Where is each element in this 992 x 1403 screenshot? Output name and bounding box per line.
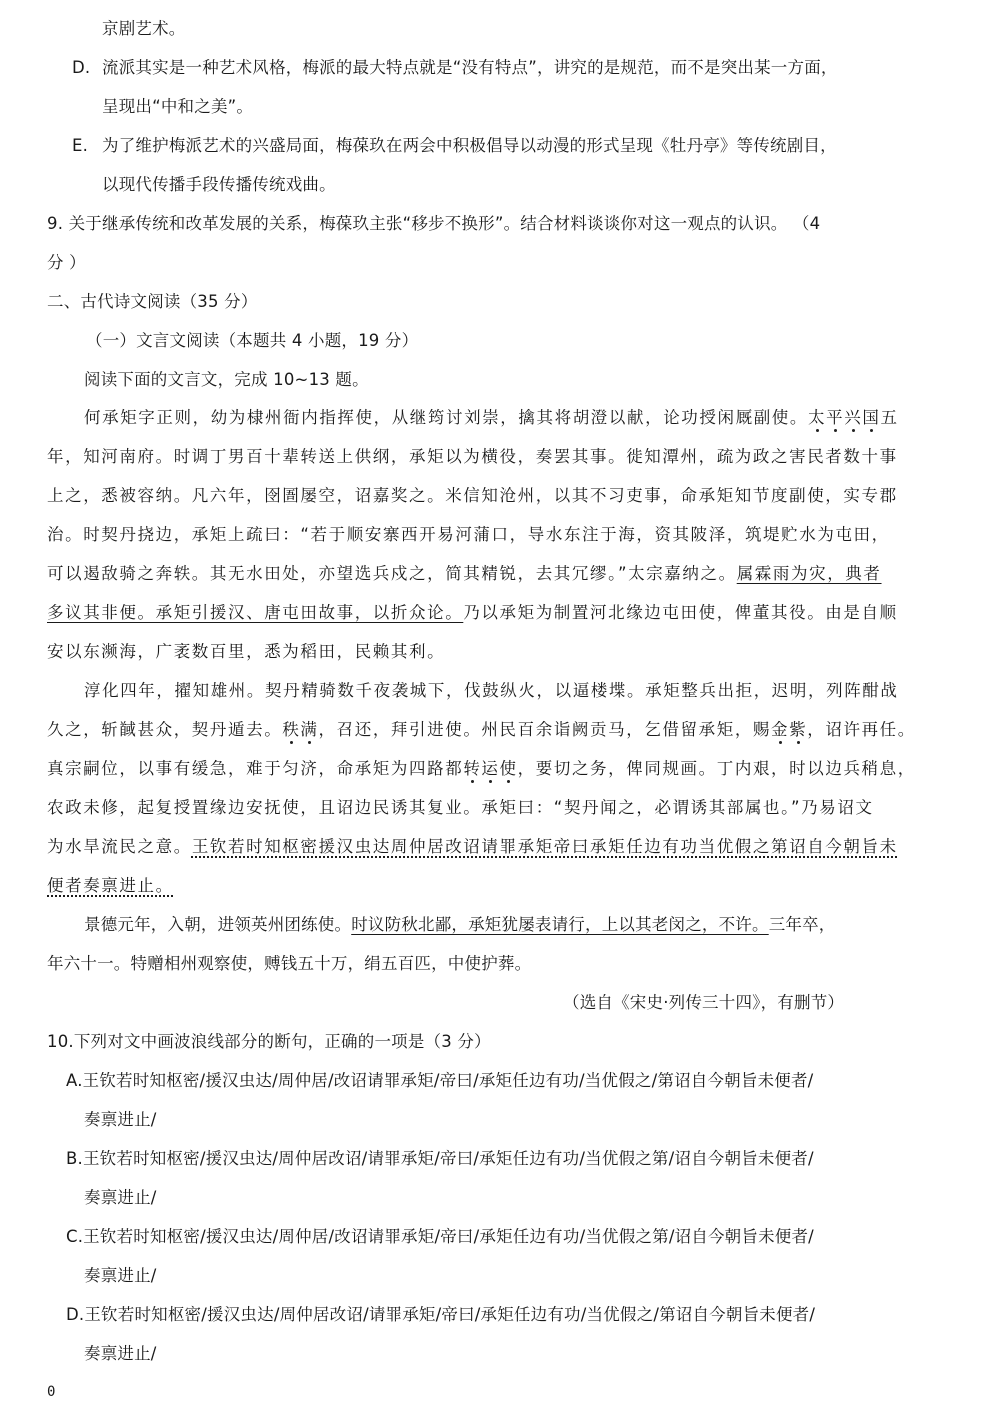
underlined-sentence: 时议防秋北鄙，承矩犹屡表请行，上以其老闵之，不许。 bbox=[351, 915, 769, 934]
option-c: C.王钦若时知枢密/援汉虫达/周仲居/改诏请罪承矩/帝曰/承矩任边有功/当优假之… bbox=[66, 1226, 814, 1248]
text: ，要切之务，俾同规画。丁内艰，时以边兵稍息， bbox=[518, 759, 916, 778]
question-10: 10.下列对文中画波浪线部分的断句，正确的一项是（3 分） bbox=[47, 1031, 491, 1053]
option-b: B.王钦若时知枢密/援汉虫达/周仲居改诏/请罪承矩/帝曰/承矩任边有功/当优假之… bbox=[66, 1148, 814, 1170]
option-d: D.流派其实是一种艺术风格，梅派的最大特点就是“没有特点”，讲究的是规范，而不是… bbox=[72, 57, 838, 79]
option-e: E.为了维护梅派艺术的兴盛局面，梅葆玖在两会中积极倡导以动漫的形式呈现《牡丹亭》… bbox=[72, 135, 837, 157]
passage-p1-line5: 可以遏敌骑之奔轶。其无水田处，亦望选兵戍之，简其精锐，去其冗缪。”太宗嘉纳之。属… bbox=[47, 563, 882, 585]
text: 景德元年，入朝，进领英州团练使。 bbox=[84, 915, 351, 934]
text: ，召还，拜引进使。州民百余诣阙贡马，乞借留承矩，赐 bbox=[319, 720, 772, 739]
option-text: 王钦若时知枢密/援汉虫达/周仲居/改诏请罪承矩/帝曰/承矩任边有功/当优假之第/… bbox=[83, 1227, 814, 1246]
option-text: 王钦若时知枢密/援汉虫达/周仲居改诏/请罪承矩/帝曰/承矩任边有功/当优假之第/… bbox=[83, 1149, 814, 1168]
passage-p2-line6: 便者奏禀进止。 bbox=[47, 875, 174, 897]
instruction: 阅读下面的文言文，完成 10~13 题。 bbox=[84, 369, 369, 391]
option-label: E. bbox=[72, 135, 102, 157]
text: 为水旱流民之意。 bbox=[47, 837, 192, 856]
passage-p1-line3: 上之，悉被容纳。凡六年，囹圄屡空，诏嘉奖之。米信知沧州，以其不习吏事，命承矩知节… bbox=[47, 485, 898, 507]
passage-p1-line7: 安以东濒海，广袤数百里，悉为稻田，民赖其利。 bbox=[47, 641, 445, 663]
option-label: C. bbox=[66, 1227, 83, 1246]
option-label: D. bbox=[66, 1305, 84, 1324]
text: 乃以承矩为制置河北缘边屯田使，俾董其役。由是自顺 bbox=[463, 603, 897, 622]
text: 三年卒， bbox=[769, 915, 836, 934]
option-text: 流派其实是一种艺术风格，梅派的最大特点就是“没有特点”，讲究的是规范，而不是突出… bbox=[102, 58, 838, 77]
passage-p2-line5: 为水旱流民之意。王钦若时知枢密援汉虫达周仲居改诏请罪承矩帝曰承矩任边有功当优假之… bbox=[47, 836, 898, 858]
text: 可以遏敌骑之奔轶。其无水田处，亦望选兵戍之，简其精锐，去其冗缪。”太宗嘉纳之。 bbox=[47, 564, 737, 583]
dotted-char: 平 bbox=[826, 408, 844, 427]
question-9: 9. 关于继承传统和改革发展的关系，梅葆玖主张“移步不换形”。结合材料谈谈你对这… bbox=[47, 213, 820, 235]
text: ，诏许再任。 bbox=[807, 720, 916, 739]
option-c-cont: 奏禀进止/ bbox=[84, 1265, 157, 1287]
option-text: 王钦若时知枢密/援汉虫达/周仲居/改诏请罪承矩/帝曰/承矩任边有功/当优假之/第… bbox=[83, 1071, 814, 1090]
passage-p3-line1: 景德元年，入朝，进领英州团练使。时议防秋北鄙，承矩犹屡表请行，上以其老闵之，不许… bbox=[84, 914, 836, 936]
option-a-cont: 奏禀进止/ bbox=[84, 1109, 157, 1131]
option-d-q10: D.王钦若时知枢密/援汉虫达/周仲居改诏/请罪承矩/帝曰/承矩任边有功/当优假之… bbox=[66, 1304, 815, 1326]
dotted-char: 运 bbox=[481, 759, 499, 778]
dotted-char: 兴 bbox=[844, 408, 862, 427]
option-text: 王钦若时知枢密/援汉虫达/周仲居改诏/请罪承矩/帝曰/承矩任边有功/当优假之/第… bbox=[84, 1305, 815, 1324]
dotted-char: 使 bbox=[500, 759, 518, 778]
dotted-char: 紫 bbox=[789, 720, 807, 739]
dotted-char: 金 bbox=[771, 720, 789, 739]
page-number: 0 bbox=[47, 1384, 55, 1400]
underlined-sentence: 属霖雨为灾，典者 bbox=[737, 564, 882, 583]
dotted-char: 太 bbox=[808, 408, 826, 427]
option-a: A.王钦若时知枢密/援汉虫达/周仲居/改诏请罪承矩/帝曰/承矩任边有功/当优假之… bbox=[66, 1070, 813, 1092]
option-e-cont: 以现代传播手段传播传统戏曲。 bbox=[102, 174, 336, 196]
option-label: A. bbox=[66, 1071, 83, 1090]
passage-p2-line1: 淳化四年，擢知雄州。契丹精骑数千夜袭城下，伐鼓纵火，以逼楼堞。承矩整兵出拒，迟明… bbox=[84, 680, 899, 702]
question-9-cont: 分 ） bbox=[47, 252, 86, 274]
section-title: 二、古代诗文阅读（35 分） bbox=[47, 291, 258, 313]
option-label: B. bbox=[66, 1149, 83, 1168]
passage-p1-line1: 何承矩字正则，幼为棣州衙内指挥使，从继筠讨刘崇，擒其将胡澄以献，论功授闲厩副使。… bbox=[84, 407, 899, 429]
passage-p2-line4: 农政未修，起复授置缘边安抚使，且诏边民诱其复业。承矩曰：“契丹闻之，必谓诱其部属… bbox=[47, 797, 874, 819]
text: 真宗嗣位，以事有缓急，难于匀济，命承矩为四路都 bbox=[47, 759, 463, 778]
dotted-char: 国 bbox=[862, 408, 880, 427]
passage-p2-line3: 真宗嗣位，以事有缓急，难于匀济，命承矩为四路都转运使，要切之务，俾同规画。丁内艰… bbox=[47, 758, 916, 780]
option-text: 为了维护梅派艺术的兴盛局面，梅葆玖在两会中积极倡导以动漫的形式呈现《牡丹亭》等传… bbox=[102, 136, 837, 155]
passage-p3-line2: 年六十一。特赠相州观察使，赙钱五十万，绢五百匹，中使护葬。 bbox=[47, 953, 531, 975]
wavy-underlined-sentence: 便者奏禀进止。 bbox=[47, 876, 174, 895]
text: 久之，斩馘甚众，契丹遁去。 bbox=[47, 720, 282, 739]
option-d-cont: 呈现出“中和之美”。 bbox=[102, 96, 253, 118]
option-b-cont: 奏禀进止/ bbox=[84, 1187, 157, 1209]
passage-p2-line2: 久之，斩馘甚众，契丹遁去。秩满，召还，拜引进使。州民百余诣阙贡马，乞借留承矩，赐… bbox=[47, 719, 916, 741]
passage-source: （选自《宋史·列传三十四》，有删节） bbox=[563, 992, 844, 1014]
dotted-char: 满 bbox=[300, 720, 318, 739]
dotted-char: 秩 bbox=[282, 720, 300, 739]
text: 五 bbox=[880, 408, 898, 427]
option-d-q10-cont: 奏禀进止/ bbox=[84, 1343, 157, 1365]
passage-p1-line6: 多议其非便。承矩引援汉、唐屯田故事，以折众论。乃以承矩为制置河北缘边屯田使，俾董… bbox=[47, 602, 898, 624]
wavy-underlined-sentence: 王钦若时知枢密援汉虫达周仲居改诏请罪承矩帝曰承矩任边有功当优假之第诏自今朝旨未 bbox=[192, 837, 898, 856]
passage-p1-line4: 治。时契丹挠边，承矩上疏曰：“若于顺安寨西开易河蒲口，导水东注于海，资其陂泽，筑… bbox=[47, 524, 890, 546]
dotted-char: 转 bbox=[463, 759, 481, 778]
text: 何承矩字正则，幼为棣州衙内指挥使，从继筠讨刘崇，擒其将胡澄以献，论功授闲厩副使。 bbox=[84, 408, 808, 427]
passage-p1-line2: 年，知河南府。时调丁男百十辈转送上供纲，承矩以为横役，奏罢其事。徙知潭州，疏为政… bbox=[47, 446, 898, 468]
option-label: D. bbox=[72, 57, 102, 79]
subsection-title: （一）文言文阅读（本题共 4 小题，19 分） bbox=[86, 330, 418, 352]
underlined-sentence: 多议其非便。承矩引援汉、唐屯田故事，以折众论。 bbox=[47, 603, 463, 622]
option-c-tail: 京剧艺术。 bbox=[102, 18, 186, 40]
